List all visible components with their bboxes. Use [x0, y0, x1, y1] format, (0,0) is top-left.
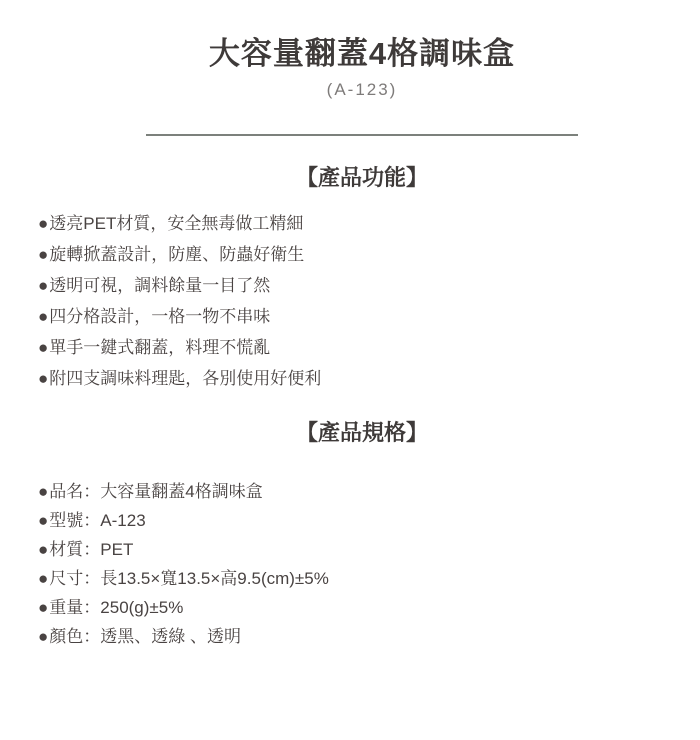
spec-label: 型號：: [49, 511, 100, 530]
spec-item: ●型號：A-123: [38, 506, 700, 535]
spec-item: ●品名：大容量翻蓋4格調味盒: [38, 477, 700, 506]
bullet-icon: ●: [38, 338, 48, 357]
specs-section-heading: 【產品規格】: [12, 418, 700, 448]
spec-value: PET: [100, 540, 133, 559]
spec-value: 長13.5×寬13.5×高9.5(cm)±5%: [100, 569, 329, 588]
spec-label: 尺寸：: [49, 569, 100, 588]
spec-value: 250(g)±5%: [100, 598, 183, 617]
spec-label: 重量：: [49, 598, 100, 617]
bullet-icon: ●: [38, 569, 48, 588]
spec-item: ●尺寸：長13.5×寬13.5×高9.5(cm)±5%: [38, 564, 700, 593]
bullet-icon: ●: [38, 511, 48, 530]
spec-label: 品名：: [49, 482, 100, 501]
feature-text: 單手一鍵式翻蓋，料理不慌亂: [49, 338, 270, 357]
bullet-icon: ●: [38, 276, 48, 295]
bullet-icon: ●: [38, 482, 48, 501]
product-model-code: (A-123): [12, 78, 700, 102]
bullet-icon: ●: [38, 214, 48, 233]
features-section-heading: 【產品功能】: [12, 163, 700, 193]
feature-text: 四分格設計，一格一物不串味: [49, 307, 270, 326]
bullet-icon: ●: [38, 245, 48, 264]
spec-item: ●材質：PET: [38, 535, 700, 564]
feature-item: ●透亮PET材質，安全無毒做工精細: [38, 208, 700, 239]
page-title: 大容量翻蓋4格調味盒: [12, 34, 700, 74]
spec-item: ●重量：250(g)±5%: [38, 593, 700, 622]
specs-list: ●品名：大容量翻蓋4格調味盒 ●型號：A-123 ●材質：PET ●尺寸：長13…: [0, 477, 700, 651]
spec-label: 顏色：: [49, 627, 100, 646]
feature-text: 旋轉掀蓋設計，防塵、防蟲好衛生: [49, 245, 304, 264]
feature-text: 透明可視，調料餘量一目了然: [49, 276, 270, 295]
spec-label: 材質：: [49, 540, 100, 559]
feature-text: 附四支調味料理匙，各別使用好便利: [49, 369, 321, 388]
bullet-icon: ●: [38, 598, 48, 617]
spec-item: ●顏色：透黑、透綠 、透明: [38, 622, 700, 651]
features-list: ●透亮PET材質，安全無毒做工精細 ●旋轉掀蓋設計，防塵、防蟲好衛生 ●透明可視…: [0, 208, 700, 394]
feature-item: ●四分格設計，一格一物不串味: [38, 301, 700, 332]
bullet-icon: ●: [38, 307, 48, 326]
feature-text: 透亮PET材質，安全無毒做工精細: [49, 214, 303, 233]
bullet-icon: ●: [38, 540, 48, 559]
feature-item: ●旋轉掀蓋設計，防塵、防蟲好衛生: [38, 239, 700, 270]
feature-item: ●透明可視，調料餘量一目了然: [38, 270, 700, 301]
divider-line: [146, 134, 578, 136]
spec-value: A-123: [100, 511, 145, 530]
page-header: 大容量翻蓋4格調味盒 (A-123): [12, 0, 700, 102]
feature-item: ●單手一鍵式翻蓋，料理不慌亂: [38, 332, 700, 363]
spec-value: 透黑、透綠 、透明: [100, 627, 241, 646]
spec-value: 大容量翻蓋4格調味盒: [100, 482, 262, 501]
bullet-icon: ●: [38, 369, 48, 388]
feature-item: ●附四支調味料理匙，各別使用好便利: [38, 363, 700, 394]
bullet-icon: ●: [38, 627, 48, 646]
